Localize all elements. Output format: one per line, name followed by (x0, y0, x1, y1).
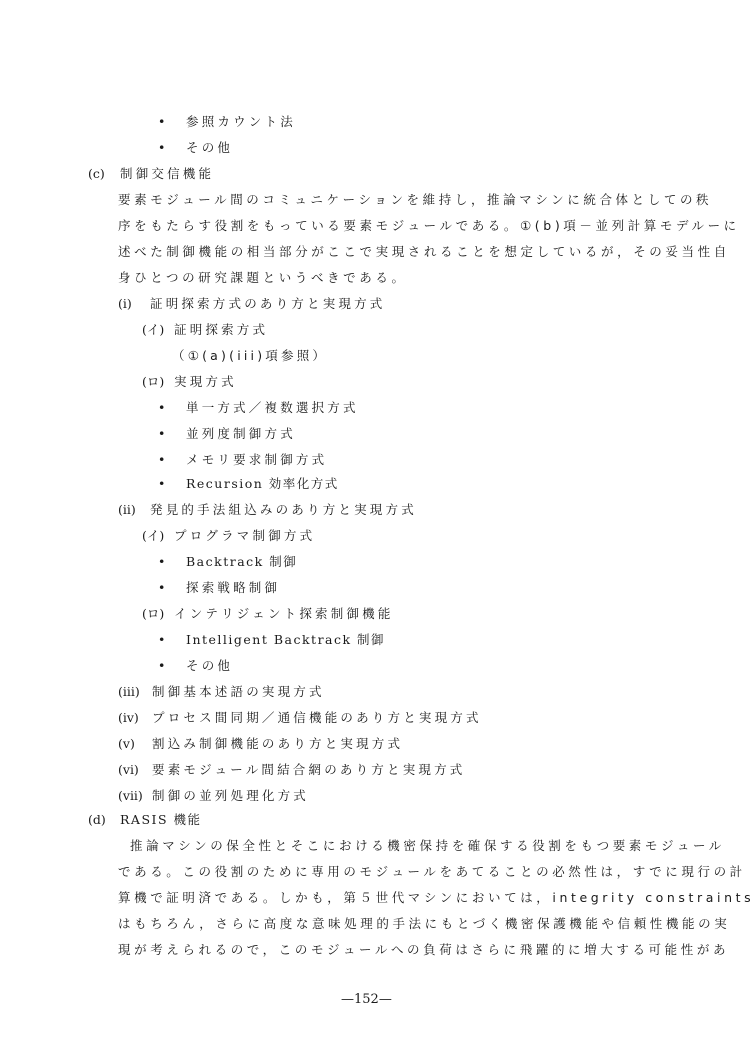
reference-note: （①(a)(iii)項参照） (172, 348, 328, 364)
item-v: (v)割込み制御機能のあり方と実現方式 (118, 736, 403, 752)
section-heading-d: (d)RASIS 機能 (88, 812, 201, 828)
bullet-item: Recursion 効率化方式 (158, 476, 339, 492)
section-title: 制御交信機能 (120, 166, 214, 181)
subitem-title: プログラマ制御方式 (174, 528, 315, 543)
section-label: (d) (88, 812, 120, 828)
subitem-title: 証明探索方式 (174, 322, 268, 337)
item-iii: (iii)制御基本述語の実現方式 (118, 684, 325, 700)
bullet-item: Backtrack 制御 (158, 554, 297, 570)
item-label: (v) (118, 736, 152, 752)
item-title: 制御の並列処理化方式 (152, 788, 309, 803)
paragraph-line: 算機で証明済である。しかも，第５世代マシンにおいては，integrity con… (118, 890, 750, 906)
item-iv: (iv)プロセス間同期／通信機能のあり方と実現方式 (118, 710, 482, 726)
page-number: —152— (341, 992, 392, 1007)
subitem: (ロ)インテリジェント探索制御機能 (142, 606, 394, 622)
subitem-label: (ロ) (142, 374, 174, 390)
paragraph-line: 述べた制御機能の相当部分がここで実現されることを想定しているが，その妥当性自 (118, 244, 730, 260)
paragraph-line: である。この役割のために専用のモジュールをあてることの必然性は，すでに現行の計 (118, 864, 746, 880)
paragraph-line: 推論マシンの保全性とそこにおける機密保持を確保する役割をもつ要素モジュール (130, 838, 725, 854)
item-i: (i)証明探索方式のあり方と実現方式 (118, 296, 386, 312)
item-label: (ii) (118, 502, 150, 518)
subitem-title: 実現方式 (174, 374, 237, 389)
item-title: 制御基本述語の実現方式 (152, 684, 325, 699)
item-label: (i) (118, 296, 150, 312)
item-title: プロセス間同期／通信機能のあり方と実現方式 (152, 710, 482, 725)
item-title: 割込み制御機能のあり方と実現方式 (152, 736, 403, 751)
item-label: (iii) (118, 684, 152, 700)
item-label: (vii) (118, 788, 152, 804)
subitem-title: インテリジェント探索制御機能 (174, 606, 394, 621)
paragraph-line: 要素モジュール間のコミュニケーションを維持し，推論マシンに統合体としての秩 (118, 192, 712, 208)
subitem: (イ)証明探索方式 (142, 322, 268, 338)
item-label: (vi) (118, 762, 152, 778)
subitem-label: (イ) (142, 322, 174, 338)
item-title: 要素モジュール間結合網のあり方と実現方式 (152, 762, 466, 777)
bullet-item: 探索戦略制御 (158, 580, 280, 596)
bullet-item: メモリ要求制御方式 (158, 452, 327, 468)
paragraph-line: 身ひとつの研究課題というべきである。 (118, 270, 408, 286)
subitem-label: (ロ) (142, 606, 174, 622)
paragraph-line: 現が考えられるので，このモジュールへの負荷はさらに飛躍的に増大する可能性があ (118, 942, 729, 958)
item-ii: (ii)発見的手法組込みのあり方と実現方式 (118, 502, 417, 518)
bullet-item: 参照カウント法 (158, 114, 296, 130)
item-title: 証明探索方式のあり方と実現方式 (150, 296, 386, 311)
section-heading-c: (c)制御交信機能 (88, 166, 214, 182)
section-label: (c) (88, 166, 120, 182)
bullet-item: その他 (158, 140, 233, 156)
item-label: (iv) (118, 710, 152, 726)
subitem: (イ)プログラマ制御方式 (142, 528, 315, 544)
bullet-item: 単一方式／複数選択方式 (158, 400, 359, 416)
section-title: RASIS 機能 (120, 812, 201, 827)
item-vii: (vii)制御の並列処理化方式 (118, 788, 309, 804)
subitem: (ロ)実現方式 (142, 374, 237, 390)
bullet-item: Intelligent Backtrack 制御 (158, 632, 385, 648)
item-vi: (vi)要素モジュール間結合網のあり方と実現方式 (118, 762, 466, 778)
bullet-item: 並列度制御方式 (158, 426, 296, 442)
paragraph-line: 序をもたらす役割をもっている要素モジュールである。①(b)項－並列計算モデルーに (118, 218, 740, 234)
bullet-item: その他 (158, 658, 233, 674)
item-title: 発見的手法組込みのあり方と実現方式 (150, 502, 417, 517)
paragraph-line: はもちろん，さらに高度な意味処理的手法にもとづく機密保護機能や信頼性機能の実 (118, 916, 730, 932)
subitem-label: (イ) (142, 528, 174, 544)
